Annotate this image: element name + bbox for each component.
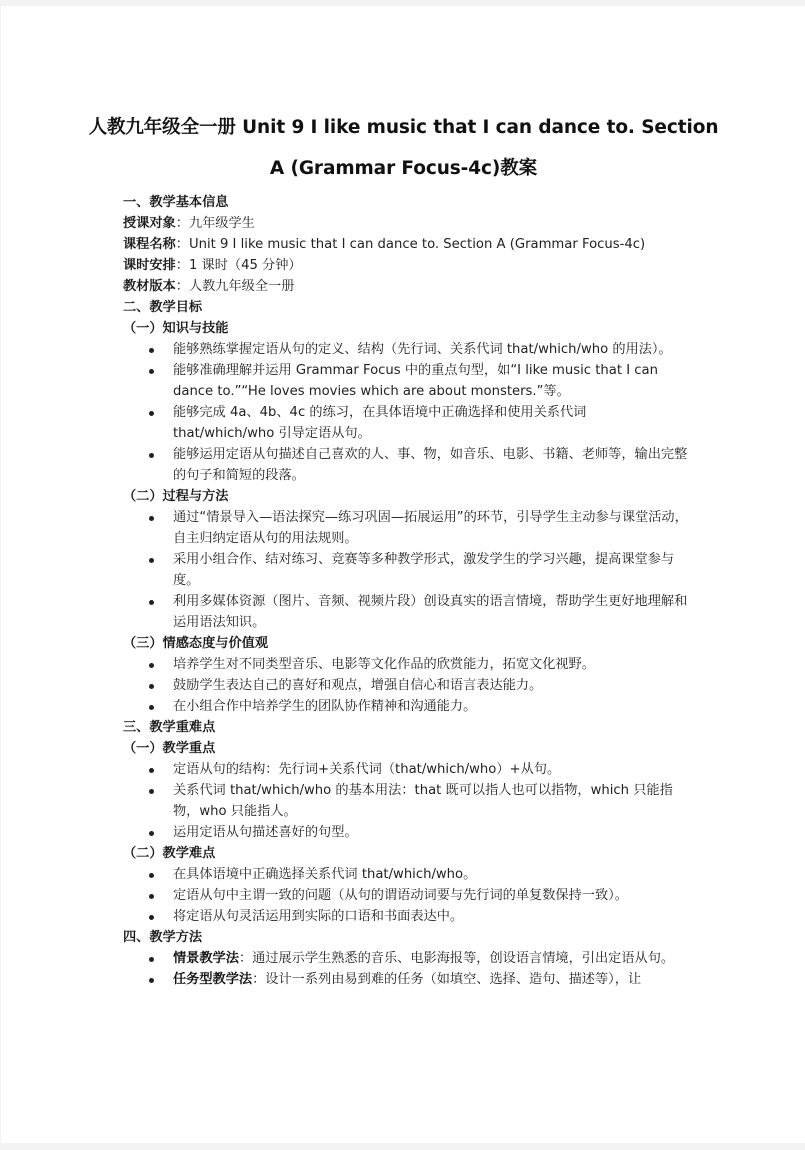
list-item: 能够熟练掌握定语从句的定义、结构（先行词、关系代词 that/which/who… xyxy=(123,339,693,360)
info-colon: ： xyxy=(176,279,189,294)
list-item-text: 能够熟练掌握定语从句的定义、结构（先行词、关系代词 that/which/who… xyxy=(173,342,672,357)
list-item-text: 运用定语从句描述喜好的句型。 xyxy=(173,825,358,840)
subheading-knowledge-skills: （一）知识与技能 xyxy=(123,318,693,339)
subheading-key-points: （一）教学重点 xyxy=(123,738,693,759)
bullet-icon xyxy=(149,600,154,605)
document-title-line1: 人教九年级全一册 Unit 9 I like music that I can … xyxy=(1,116,805,140)
bullet-icon xyxy=(149,369,154,374)
bullet-icon xyxy=(149,894,154,899)
list-item-text: 能够完成 4a、4b、4c 的练习，在具体语境中正确选择和使用关系代词 that… xyxy=(173,405,586,441)
info-value: 九年级学生 xyxy=(189,216,255,231)
info-row-textbook: 教材版本：人教九年级全一册 xyxy=(123,276,693,297)
list-item-text: 在具体语境中正确选择关系代词 that/which/who。 xyxy=(173,867,476,882)
list-item: 关系代词 that/which/who 的基本用法：that 既可以指人也可以指… xyxy=(123,780,693,822)
list-item-text: 定语从句的结构：先行词+关系代词（that/which/who）+从句。 xyxy=(173,762,560,777)
method-label: 任务型教学法 xyxy=(173,972,252,987)
bullet-icon xyxy=(149,978,154,983)
subheading-difficult-points: （二）教学难点 xyxy=(123,843,693,864)
list-item-text: 在小组合作中培养学生的团队协作精神和沟通能力。 xyxy=(173,699,476,714)
list-item-text: 培养学生对不同类型音乐、电影等文化作品的欣赏能力，拓宽文化视野。 xyxy=(173,657,595,672)
list-item: 情景教学法：通过展示学生熟悉的音乐、电影海报等，创设语言情境，引出定语从句。 xyxy=(123,948,693,969)
bullet-icon xyxy=(149,684,154,689)
list-item: 利用多媒体资源（图片、音频、视频片段）创设真实的语言情境，帮助学生更好地理解和运… xyxy=(123,591,693,633)
subheading-process-methods: （二）过程与方法 xyxy=(123,486,693,507)
knowledge-skills-list: 能够熟练掌握定语从句的定义、结构（先行词、关系代词 that/which/who… xyxy=(123,339,693,486)
list-item-text: 定语从句中主谓一致的问题（从句的谓语动词要与先行词的单复数保持一致）。 xyxy=(173,888,628,903)
section-heading-teaching-methods: 四、教学方法 xyxy=(123,927,693,948)
list-item: 能够完成 4a、4b、4c 的练习，在具体语境中正确选择和使用关系代词 that… xyxy=(123,402,693,444)
list-item-text: 通过“情景导入—语法探究—练习巩固—拓展运用”的环节，引导学生主动参与课堂活动，… xyxy=(173,510,688,546)
list-item: 将定语从句灵活运用到实际的口语和书面表达中。 xyxy=(123,906,693,927)
document-title-line2: A (Grammar Focus-4c)教案 xyxy=(1,157,805,181)
list-item: 采用小组合作、结对练习、竞赛等多种教学形式，激发学生的学习兴趣，提高课堂参与度。 xyxy=(123,549,693,591)
list-item: 能够运用定语从句描述自己喜欢的人、事、物，如音乐、电影、书籍、老师等，输出完整的… xyxy=(123,444,693,486)
info-colon: ： xyxy=(176,237,189,252)
bullet-icon xyxy=(149,348,154,353)
method-label: 情景教学法 xyxy=(173,951,239,966)
info-value: Unit 9 I like music that I can dance to.… xyxy=(189,237,645,252)
info-colon: ： xyxy=(176,258,189,273)
bullet-icon xyxy=(149,957,154,962)
bullet-icon xyxy=(149,453,154,458)
list-item: 通过“情景导入—语法探究—练习巩固—拓展运用”的环节，引导学生主动参与课堂活动，… xyxy=(123,507,693,549)
bullet-icon xyxy=(149,663,154,668)
section-heading-basic-info: 一、教学基本信息 xyxy=(123,192,693,213)
info-key: 授课对象 xyxy=(123,216,176,231)
bullet-icon xyxy=(149,768,154,773)
document-page: 人教九年级全一册 Unit 9 I like music that I can … xyxy=(1,6,805,1143)
method-text: ：设计一系列由易到难的任务（如填空、选择、造句、描述等），让 xyxy=(252,972,641,987)
list-item: 培养学生对不同类型音乐、电影等文化作品的欣赏能力，拓宽文化视野。 xyxy=(123,654,693,675)
info-value: 人教九年级全一册 xyxy=(189,279,295,294)
info-value: 1 课时（45 分钟） xyxy=(189,258,302,273)
difficult-points-list: 在具体语境中正确选择关系代词 that/which/who。 定语从句中主谓一致… xyxy=(123,864,693,927)
info-row-course-name: 课程名称：Unit 9 I like music that I can danc… xyxy=(123,234,693,255)
process-methods-list: 通过“情景导入—语法探究—练习巩固—拓展运用”的环节，引导学生主动参与课堂活动，… xyxy=(123,507,693,633)
info-key: 教材版本 xyxy=(123,279,176,294)
list-item: 能够准确理解并运用 Grammar Focus 中的重点句型，如“I like … xyxy=(123,360,693,402)
list-item: 任务型教学法：设计一系列由易到难的任务（如填空、选择、造句、描述等），让 xyxy=(123,969,693,990)
bullet-icon xyxy=(149,558,154,563)
document-body: 一、教学基本信息 授课对象：九年级学生 课程名称：Unit 9 I like m… xyxy=(123,192,693,990)
list-item-text: 能够准确理解并运用 Grammar Focus 中的重点句型，如“I like … xyxy=(173,363,658,399)
info-key: 课时安排 xyxy=(123,258,176,273)
bullet-icon xyxy=(149,873,154,878)
teaching-methods-list: 情景教学法：通过展示学生熟悉的音乐、电影海报等，创设语言情境，引出定语从句。 任… xyxy=(123,948,693,990)
section-heading-key-difficult-points: 三、教学重难点 xyxy=(123,717,693,738)
key-points-list: 定语从句的结构：先行词+关系代词（that/which/who）+从句。 关系代… xyxy=(123,759,693,843)
subheading-attitudes-values: （三）情感态度与价值观 xyxy=(123,633,693,654)
attitudes-values-list: 培养学生对不同类型音乐、电影等文化作品的欣赏能力，拓宽文化视野。 鼓励学生表达自… xyxy=(123,654,693,717)
info-key: 课程名称 xyxy=(123,237,176,252)
bullet-icon xyxy=(149,411,154,416)
list-item-text: 将定语从句灵活运用到实际的口语和书面表达中。 xyxy=(173,909,463,924)
bullet-icon xyxy=(149,516,154,521)
list-item: 鼓励学生表达自己的喜好和观点，增强自信心和语言表达能力。 xyxy=(123,675,693,696)
list-item: 定语从句的结构：先行词+关系代词（that/which/who）+从句。 xyxy=(123,759,693,780)
section-heading-objectives: 二、教学目标 xyxy=(123,297,693,318)
list-item-text: 能够运用定语从句描述自己喜欢的人、事、物，如音乐、电影、书籍、老师等，输出完整的… xyxy=(173,447,687,483)
bullet-icon xyxy=(149,789,154,794)
bullet-icon xyxy=(149,915,154,920)
list-item: 在具体语境中正确选择关系代词 that/which/who。 xyxy=(123,864,693,885)
method-text: ：通过展示学生熟悉的音乐、电影海报等，创设语言情境，引出定语从句。 xyxy=(239,951,674,966)
list-item: 在小组合作中培养学生的团队协作精神和沟通能力。 xyxy=(123,696,693,717)
list-item-text: 关系代词 that/which/who 的基本用法：that 既可以指人也可以指… xyxy=(173,783,673,819)
info-row-schedule: 课时安排：1 课时（45 分钟） xyxy=(123,255,693,276)
info-colon: ： xyxy=(176,216,189,231)
list-item: 定语从句中主谓一致的问题（从句的谓语动词要与先行词的单复数保持一致）。 xyxy=(123,885,693,906)
list-item-text: 利用多媒体资源（图片、音频、视频片段）创设真实的语言情境，帮助学生更好地理解和运… xyxy=(173,594,687,630)
bullet-icon xyxy=(149,705,154,710)
list-item-text: 鼓励学生表达自己的喜好和观点，增强自信心和语言表达能力。 xyxy=(173,678,542,693)
list-item-text: 采用小组合作、结对练习、竞赛等多种教学形式，激发学生的学习兴趣，提高课堂参与度。 xyxy=(173,552,674,588)
info-row-audience: 授课对象：九年级学生 xyxy=(123,213,693,234)
bullet-icon xyxy=(149,831,154,836)
list-item: 运用定语从句描述喜好的句型。 xyxy=(123,822,693,843)
